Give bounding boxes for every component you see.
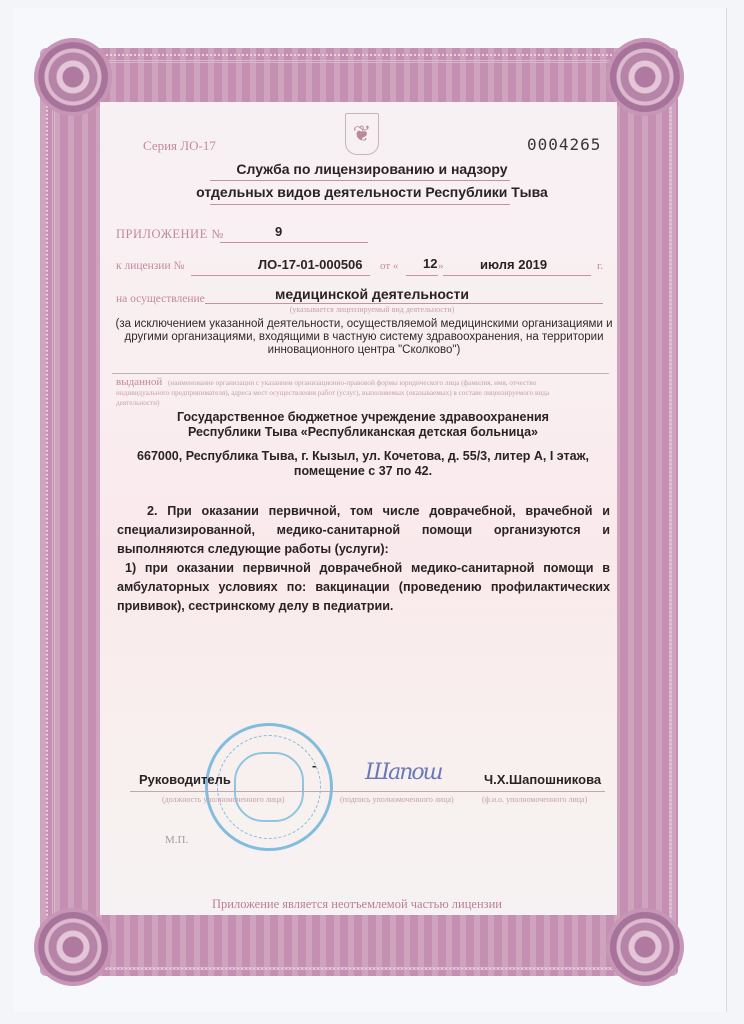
exclusion-note-line1: (за исключением указанной деятельности, … [0,318,728,330]
series-label: Серия ЛО-17 [143,138,216,154]
issued-to-hint-line3: деятельности) [116,399,160,407]
issued-to-hint-line1: (наименование организации с указанием ор… [168,379,536,387]
activity-value: медицинской деятельности [275,286,469,302]
license-label: к лицензии № [116,260,184,272]
official-stamp-icon [205,723,333,851]
authority-title-line2: отдельных видов деятельности Республики … [0,184,744,200]
serial-number: 0004265 [527,135,601,154]
appendix-label: ПРИЛОЖЕНИЕ № [116,227,224,242]
corner-rosette-icon [610,42,680,112]
organization-address-line2: помещение с 37 по 42. [0,464,726,478]
signatory-name: Ч.Х.Шапошникова [484,772,601,787]
corner-rosette-icon [38,42,108,112]
date-month-year: июля 2019 [480,257,547,272]
footer-note: Приложение является неотъемлемой частью … [0,897,714,912]
appendix-number: 9 [275,224,282,239]
exclusion-note-line3: инновационного центра "Сколково") [0,344,728,356]
signatory-position: Руководитель [139,772,231,787]
activity-label: на осуществление [116,293,205,305]
organization-name-line1: Государственное бюджетное учреждение здр… [0,410,726,424]
organization-name-line2: Республики Тыва «Республиканская детская… [0,425,726,439]
signature-dash: - [312,758,316,773]
authority-title-line1: Служба по лицензированию и надзору [0,161,744,177]
organization-address-line1: 667000, Республика Тыва, г. Кызыл, ул. К… [0,449,726,463]
name-hint: (ф.и.о. уполномоченного лица) [482,795,587,804]
exclusion-note-line2: другими организациями, входящими в частн… [0,331,728,343]
date-from-label: от « [380,260,398,272]
license-number: ЛО-17-01-000506 [258,257,363,272]
seal-place-label: М.П. [165,834,188,846]
date-day: 12 [423,256,437,271]
corner-rosette-icon [610,912,680,982]
year-suffix: г. [597,260,603,272]
coat-of-arms-icon: ❦ [345,113,379,155]
activity-hint: (указывается лицензируемый вид деятельно… [0,305,744,314]
issued-to-hint-line2: индивидуального предпринимателя), адреса… [116,389,549,397]
issued-to-label: выданной [116,376,162,388]
signature-hint: (подпись уполномоченного лица) [340,795,454,804]
corner-rosette-icon [38,912,108,982]
section-2-text: 2. При оказании первичной, том числе дов… [117,502,610,559]
handwritten-signature-icon: Шапош [365,760,465,794]
date-day-close: » [438,260,444,272]
position-hint: (должность уполномоченного лица) [162,795,284,804]
section-2-item-1: 1) при оказании первичной доврачебной ме… [117,559,610,616]
